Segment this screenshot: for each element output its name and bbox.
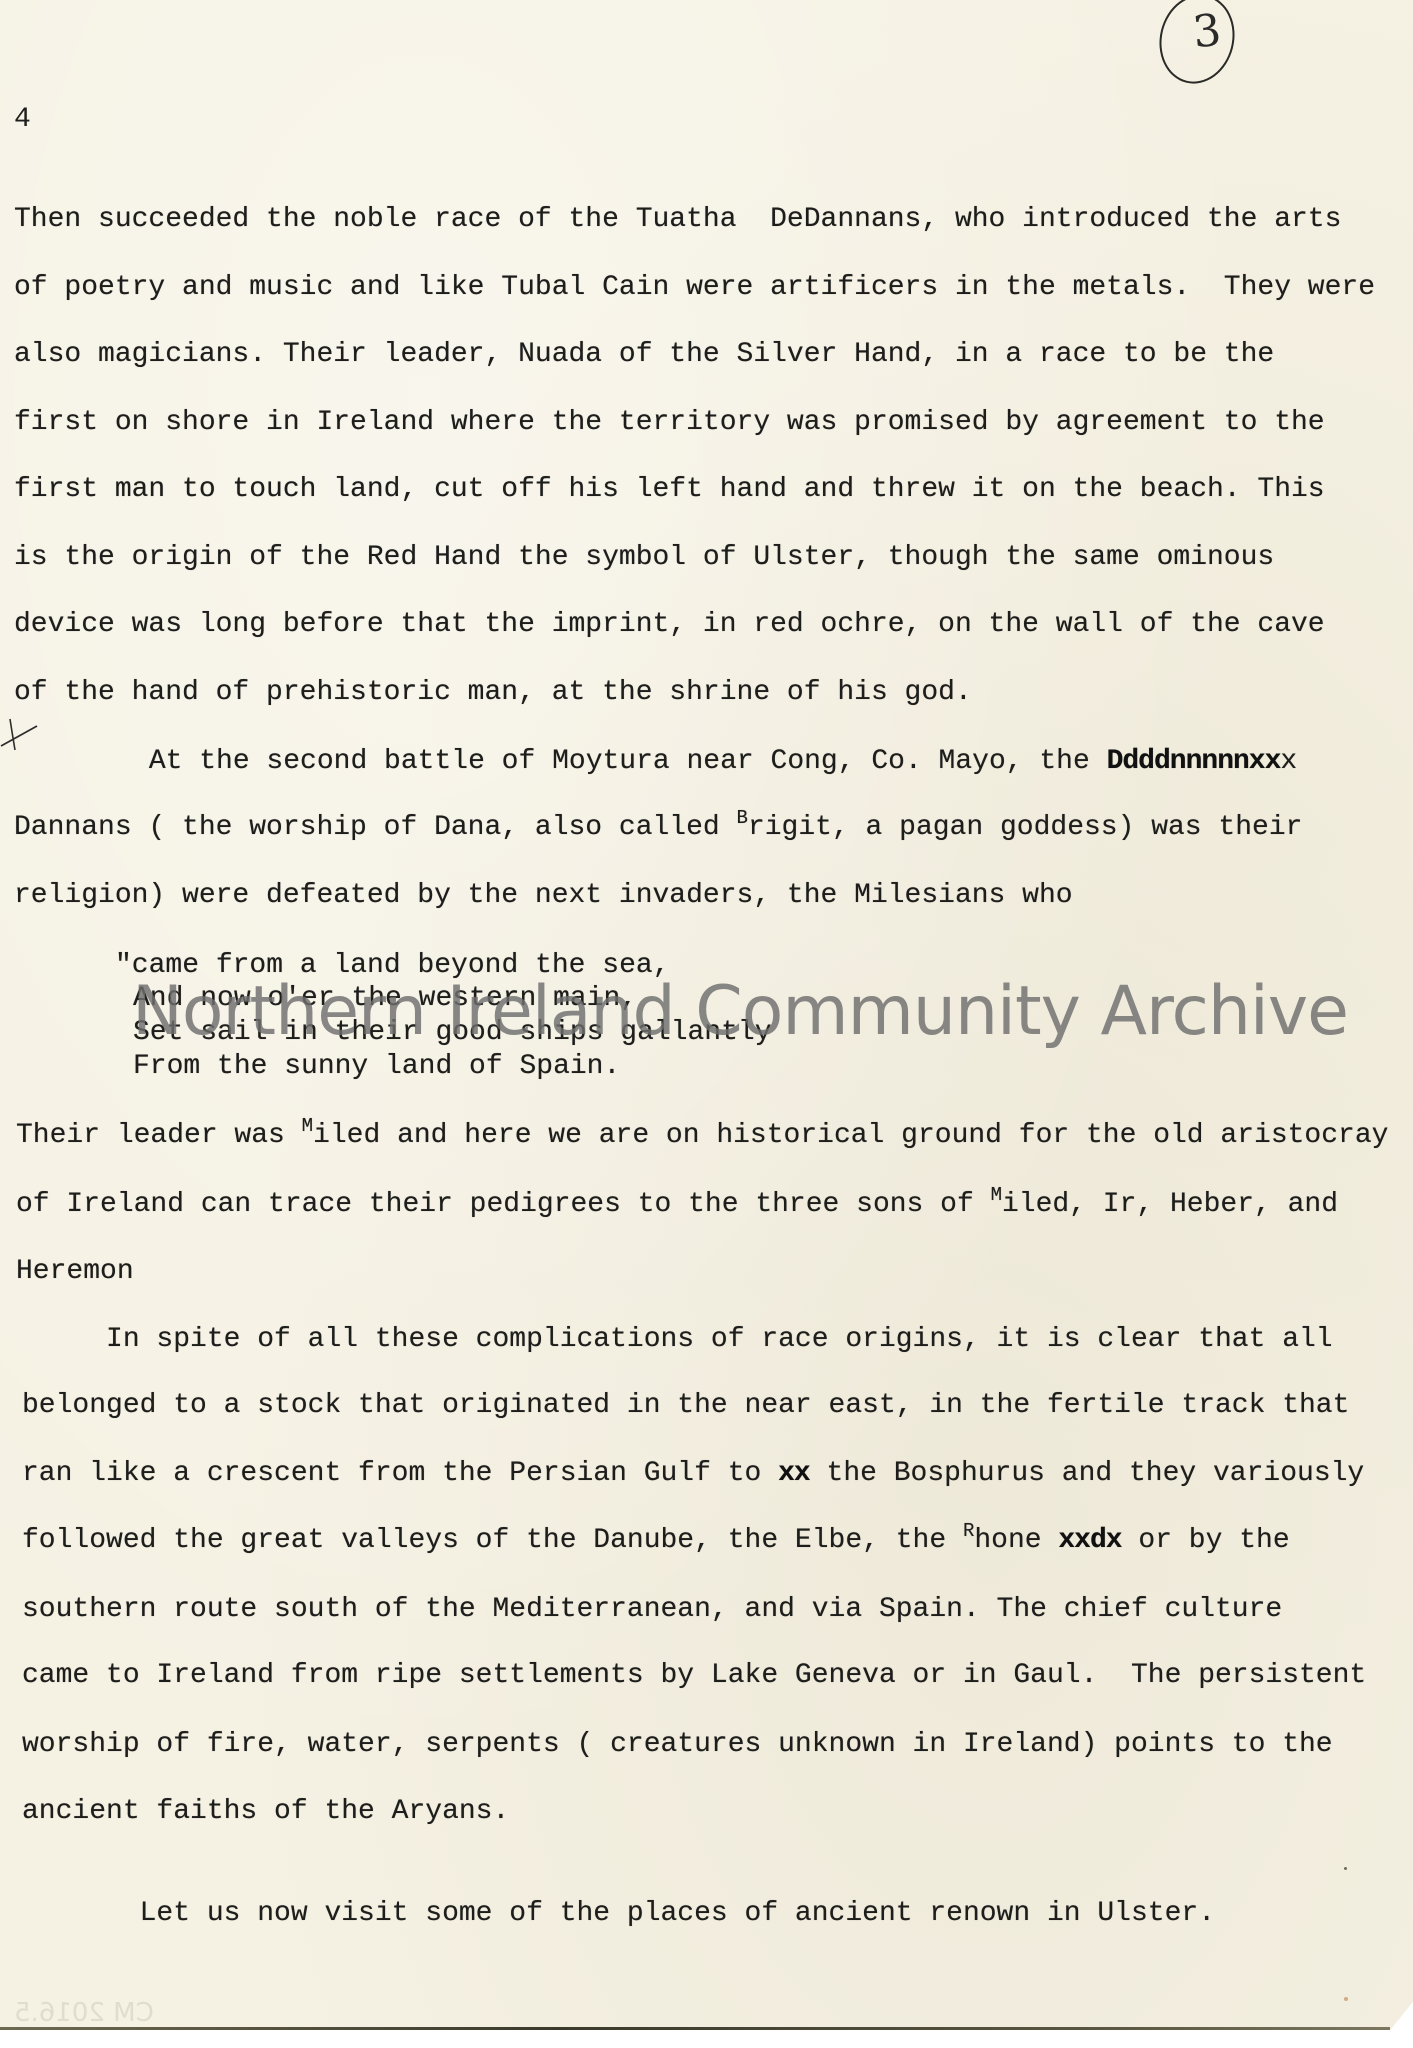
text-line: followed the great valleys of the Danube…	[22, 1524, 1290, 1558]
verse-line: "came from a land beyond the sea,	[115, 949, 670, 983]
text-line: ancient faiths of the Aryans.	[22, 1795, 509, 1829]
text-line: of the hand of prehistoric man, at the s…	[14, 676, 972, 710]
verse-line: From the sunny land of Spain.	[133, 1050, 620, 1084]
superscript-correction: R	[963, 1520, 974, 1542]
verse-line: Set sail in their good ships gallantly	[133, 1016, 772, 1050]
typed-strikeout: xx	[778, 1458, 810, 1489]
typed-strikeout: xxdx	[1058, 1525, 1121, 1556]
text-line: device was long before that the imprint,…	[14, 608, 1325, 642]
handwritten-page-number: 3	[1190, 5, 1223, 59]
rust-speck	[1344, 1997, 1348, 2001]
text-line: worship of fire, water, serpents ( creat…	[22, 1728, 1333, 1762]
superscript-correction: M	[991, 1184, 1002, 1206]
text-line: first man to touch land, cut off his lef…	[14, 473, 1325, 507]
text-line: At the second battle of Moytura near Con…	[48, 745, 1297, 779]
text-line: Dannans ( the worship of Dana, also call…	[14, 811, 1302, 845]
typed-strikeout: Ddddnnnnnxx	[1107, 746, 1281, 777]
text-line: of Ireland can trace their pedigrees to …	[16, 1188, 1338, 1222]
superscript-correction: M	[302, 1115, 313, 1137]
text-line: Then succeeded the noble race of the Tua…	[14, 203, 1341, 237]
text-line: belonged to a stock that originated in t…	[22, 1389, 1349, 1423]
text-line: In spite of all these complications of r…	[22, 1323, 1333, 1357]
text-line: Their leader was Miled and here we are o…	[16, 1119, 1388, 1153]
superscript-correction: B	[737, 807, 748, 829]
text-line: Heremon	[16, 1255, 134, 1289]
pencil-cross-mark-icon	[0, 716, 40, 752]
verse-line: And now o'er the western main,	[133, 982, 637, 1016]
text-line: came to Ireland from ripe settlements by…	[22, 1659, 1366, 1693]
ink-speck	[1344, 1867, 1347, 1870]
closing-line: Let us now visit some of the places of a…	[22, 1897, 1215, 1931]
text-line: religion) were defeated by the next inva…	[14, 879, 1073, 913]
typed-page-number: 4	[14, 104, 31, 135]
text-line: ran like a crescent from the Persian Gul…	[22, 1457, 1364, 1491]
reverse-side-bleed-through: CM 2016.5	[14, 1998, 154, 2028]
paper-bottom-edge	[0, 2027, 1390, 2030]
text-line: also magicians. Their leader, Nuada of t…	[14, 338, 1274, 372]
text-line: first on shore in Ireland where the terr…	[14, 406, 1325, 440]
text-line: is the origin of the Red Hand the symbol…	[14, 541, 1274, 575]
text-line: of poetry and music and like Tubal Cain …	[14, 271, 1375, 305]
text-line: southern route south of the Mediterranea…	[22, 1593, 1282, 1627]
